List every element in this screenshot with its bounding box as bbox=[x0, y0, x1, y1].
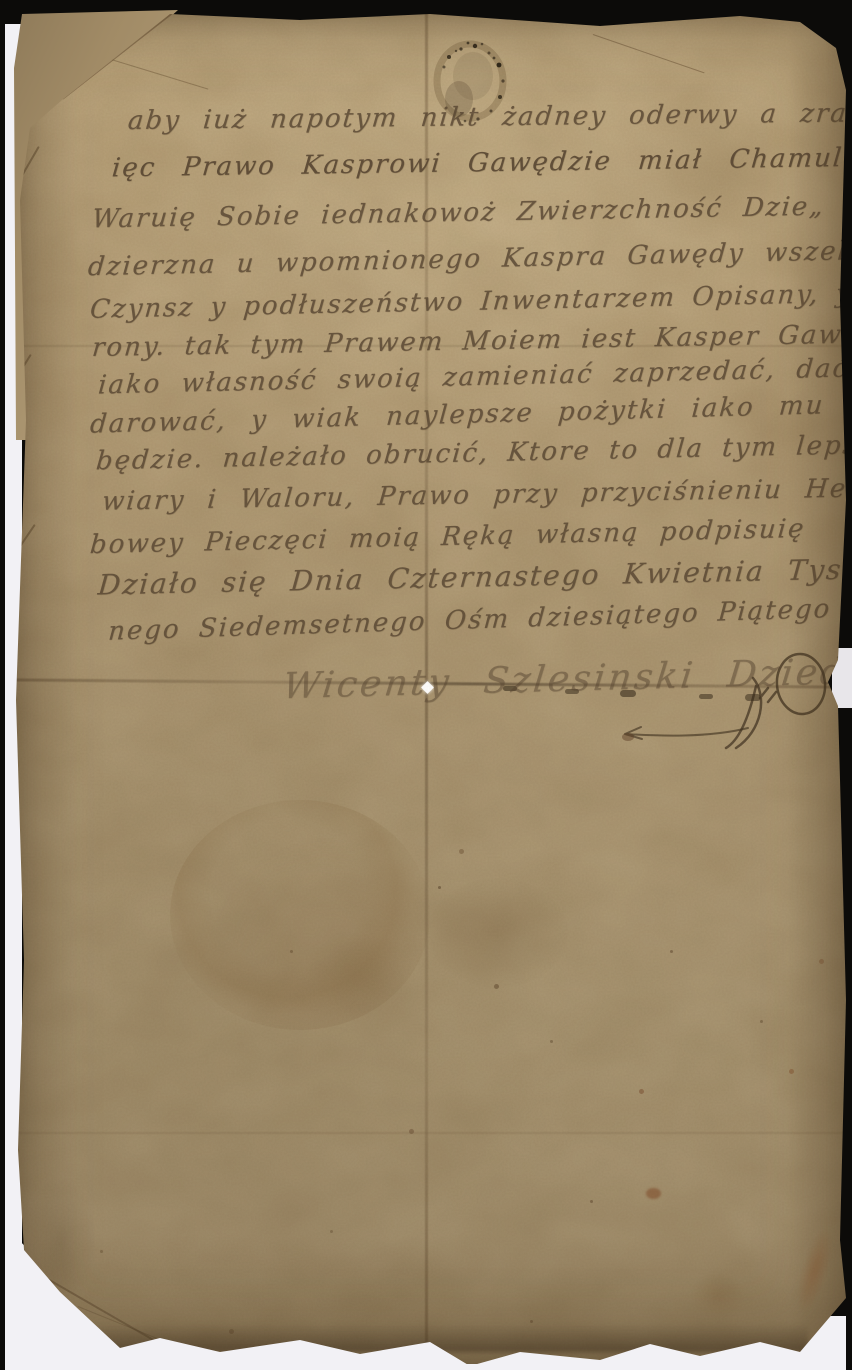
stain-damp-mid-right bbox=[703, 321, 833, 551]
stain-blob bbox=[303, 931, 418, 1026]
fold-crease-faint-lower bbox=[8, 1132, 846, 1134]
seal-mark bbox=[423, 31, 519, 131]
pen-flourish bbox=[726, 678, 776, 748]
manuscript-page: aby iuż napotym nikt żadney oderwy a zra… bbox=[8, 6, 846, 1364]
circle-flourish bbox=[774, 652, 828, 717]
scanned-document: aby iuż napotym nikt żadney oderwy a zra… bbox=[0, 0, 852, 1370]
manuscript-line: dzierzna u wpomnionego Kaspra Gawędy wsz… bbox=[87, 236, 852, 283]
stain-damp-top-right bbox=[603, 92, 813, 242]
manuscript-line: Działo się Dnia Czternastego Kwietnia Ty… bbox=[97, 552, 852, 602]
scratch-line bbox=[108, 58, 209, 90]
manuscript-line: ięc Prawo Kasprowi Gawędzie miał Chamule… bbox=[111, 143, 852, 184]
crease-ink-dashes bbox=[503, 686, 517, 691]
stain-streak-red bbox=[790, 1224, 839, 1316]
manuscript-line: bowey Pieczęci moią Ręką własną podpisui… bbox=[89, 514, 807, 560]
fold-crease-faint-upper bbox=[8, 345, 846, 347]
manuscript-line: rony. tak tym Prawem Moiem iest Kasper G… bbox=[91, 319, 852, 363]
stain-blob bbox=[428, 878, 568, 988]
signature-flourishes bbox=[548, 636, 843, 771]
manuscript-line: iako własność swoią zamieniać zaprzedać,… bbox=[97, 353, 850, 400]
arrow-flourish bbox=[625, 727, 748, 739]
fold-crease-vertical bbox=[425, 6, 428, 1364]
stain-dot-red bbox=[646, 1188, 661, 1199]
manuscript-line: Czynsz y podłuszeństwo Inwentarzem Opisa… bbox=[89, 277, 852, 325]
manuscript-line: wiary i Waloru, Prawo przy przyciśnieniu… bbox=[101, 473, 852, 517]
stain-blob bbox=[690, 1272, 745, 1320]
manuscript-line: darować, y wiak naylepsze pożytki iako m… bbox=[89, 390, 826, 439]
manuscript-line: Waruię Sobie iednakowoż Zwierzchność Dzi… bbox=[91, 192, 826, 235]
scratch-line bbox=[593, 34, 705, 73]
manuscript-line: będzie. należało obrucić, Ktore to dla t… bbox=[95, 430, 852, 477]
fold-hole bbox=[421, 681, 434, 694]
stain-ring-large bbox=[170, 800, 430, 1030]
foxing-speckles bbox=[438, 886, 441, 889]
